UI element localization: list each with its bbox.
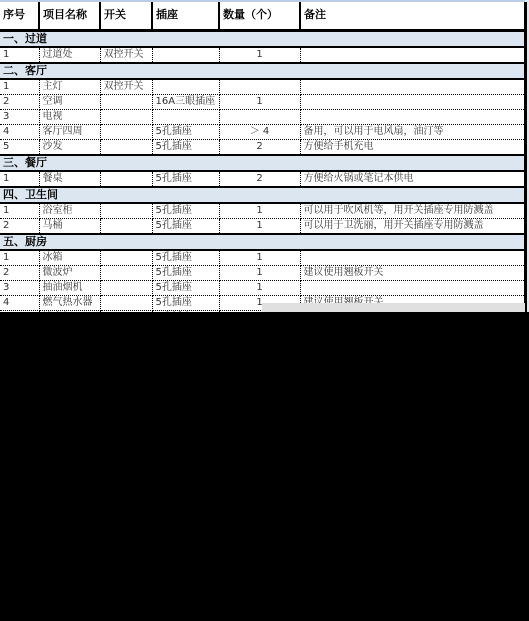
- cell-note[interactable]: [300, 109, 525, 124]
- cell-socket-type[interactable]: 5孔插座: [152, 171, 219, 187]
- cell-row-number[interactable]: 5: [0, 310, 39, 312]
- table-row: 1冰箱5孔插座1: [0, 250, 525, 266]
- cell-switch-type[interactable]: 双控开关: [100, 79, 152, 95]
- cell-note[interactable]: 方便给手机充电: [300, 139, 525, 155]
- cell-switch-type[interactable]: [100, 295, 152, 310]
- cell-switch-type[interactable]: [100, 171, 152, 187]
- cell-row-number[interactable]: 4: [0, 295, 39, 310]
- section-title[interactable]: 一、过道: [0, 30, 525, 47]
- cell-switch-type[interactable]: [100, 109, 152, 124]
- cell-item-name[interactable]: 抽油烟机: [39, 280, 100, 295]
- cell-socket-type[interactable]: 5孔插座: [152, 203, 219, 219]
- cell-socket-type[interactable]: 5孔插座: [152, 310, 219, 312]
- cell-note[interactable]: 可以用于卫洗丽，用开关插座专用防溅盖: [300, 218, 525, 234]
- header-switch[interactable]: 开关: [100, 2, 152, 30]
- cell-socket-type[interactable]: 5孔插座: [152, 250, 219, 266]
- cell-quantity[interactable]: 1: [219, 250, 300, 266]
- section-title[interactable]: 五、厨房: [0, 234, 525, 250]
- cell-switch-type[interactable]: [100, 280, 152, 295]
- cell-item-name[interactable]: 电视: [39, 109, 100, 124]
- cell-item-name[interactable]: 微波炉: [39, 265, 100, 280]
- cell-row-number[interactable]: 1: [0, 171, 39, 187]
- cell-item-name[interactable]: 过道处: [39, 47, 100, 63]
- header-name[interactable]: 项目名称: [39, 2, 100, 30]
- section-header-row: 三、餐厅: [0, 155, 525, 171]
- table-row: 1餐桌5孔插座2方便给火锅或笔记本供电: [0, 171, 525, 187]
- section-title[interactable]: 二、客厅: [0, 63, 525, 79]
- cell-socket-type[interactable]: 16A三眼插座: [152, 94, 219, 109]
- section-header-row: 四、卫生间: [0, 187, 525, 203]
- cell-item-name[interactable]: 马桶: [39, 218, 100, 234]
- table-row: 2马桶5孔插座1可以用于卫洗丽，用开关插座专用防溅盖: [0, 218, 525, 234]
- cell-note[interactable]: 建议使用翘板开关: [300, 265, 525, 280]
- cell-switch-type[interactable]: [100, 265, 152, 280]
- cell-row-number[interactable]: 4: [0, 124, 39, 139]
- cell-switch-type[interactable]: [100, 139, 152, 155]
- cell-row-number[interactable]: 1: [0, 47, 39, 63]
- cell-row-number[interactable]: 5: [0, 139, 39, 155]
- cell-socket-type[interactable]: 5孔插座: [152, 218, 219, 234]
- cell-item-name[interactable]: 浴室柜: [39, 203, 100, 219]
- section-header-row: 五、厨房: [0, 234, 525, 250]
- cell-switch-type[interactable]: [100, 94, 152, 109]
- table-row: 4客厅四周5孔插座＞ 4备用，可以用于电风扇，油汀等: [0, 124, 525, 139]
- cell-quantity[interactable]: 1: [219, 203, 300, 219]
- cell-quantity[interactable]: 2: [219, 171, 300, 187]
- cell-quantity[interactable]: 1: [219, 94, 300, 109]
- cell-socket-type[interactable]: 5孔插座: [152, 280, 219, 295]
- cell-note[interactable]: [300, 280, 525, 295]
- cell-switch-type[interactable]: [100, 124, 152, 139]
- cell-quantity[interactable]: 1: [219, 280, 300, 295]
- header-socket[interactable]: 插座: [152, 2, 219, 30]
- header-quantity[interactable]: 数量（个）: [219, 2, 300, 30]
- cell-row-number[interactable]: 1: [0, 250, 39, 266]
- cell-row-number[interactable]: 1: [0, 203, 39, 219]
- cell-note[interactable]: [300, 94, 525, 109]
- cell-socket-type[interactable]: 5孔插座: [152, 265, 219, 280]
- cell-quantity[interactable]: [219, 79, 300, 95]
- cell-quantity[interactable]: 2: [219, 139, 300, 155]
- cell-quantity[interactable]: 1: [219, 218, 300, 234]
- cell-item-name[interactable]: 沙发: [39, 139, 100, 155]
- cell-socket-type[interactable]: [152, 79, 219, 95]
- cell-socket-type[interactable]: [152, 109, 219, 124]
- table-row: 3抽油烟机5孔插座1: [0, 280, 525, 295]
- cell-socket-type[interactable]: 5孔插座: [152, 124, 219, 139]
- header-no[interactable]: 序号: [0, 2, 39, 30]
- cell-item-name[interactable]: 餐桌: [39, 171, 100, 187]
- cell-quantity[interactable]: ＞ 4: [219, 124, 300, 139]
- cell-note[interactable]: 可以用于吹风机等，用开关插座专用防溅盖: [300, 203, 525, 219]
- cell-row-number[interactable]: 3: [0, 109, 39, 124]
- socket-plan-table: 序号 项目名称 开关 插座 数量（个） 备注 一、过道1过道处双控开关1二、客厅…: [0, 2, 527, 312]
- table-row: 3电视: [0, 109, 525, 124]
- cell-switch-type[interactable]: 双控开关: [100, 47, 152, 63]
- table-row: 5沙发5孔插座2方便给手机充电: [0, 139, 525, 155]
- cell-item-name[interactable]: 燃气热水器: [39, 295, 100, 310]
- cell-quantity[interactable]: 1: [219, 47, 300, 63]
- section-header-row: 一、过道: [0, 30, 525, 47]
- cell-item-name[interactable]: 消毒柜: [39, 310, 100, 312]
- cell-switch-type[interactable]: [100, 310, 152, 312]
- cell-quantity[interactable]: 1: [219, 265, 300, 280]
- cell-row-number[interactable]: 3: [0, 280, 39, 295]
- cell-note[interactable]: 备用，可以用于电风扇，油汀等: [300, 124, 525, 139]
- cell-socket-type[interactable]: 5孔插座: [152, 139, 219, 155]
- table-row: 1主灯双控开关: [0, 79, 525, 95]
- cell-note[interactable]: [300, 79, 525, 95]
- cell-item-name[interactable]: 主灯: [39, 79, 100, 95]
- table-row: 1过道处双控开关1: [0, 47, 525, 63]
- cell-note[interactable]: 方便给火锅或笔记本供电: [300, 171, 525, 187]
- cell-switch-type[interactable]: [100, 218, 152, 234]
- cell-socket-type[interactable]: 5孔插座: [152, 295, 219, 310]
- cell-row-number[interactable]: 1: [0, 79, 39, 95]
- cell-item-name[interactable]: 冰箱: [39, 250, 100, 266]
- table-row: 1浴室柜5孔插座1可以用于吹风机等，用开关插座专用防溅盖: [0, 203, 525, 219]
- cell-item-name[interactable]: 空调: [39, 94, 100, 109]
- cell-item-name[interactable]: 客厅四周: [39, 124, 100, 139]
- section-title[interactable]: 四、卫生间: [0, 187, 525, 203]
- header-note[interactable]: 备注: [300, 2, 525, 30]
- section-header-row: 二、客厅: [0, 63, 525, 79]
- cell-switch-type[interactable]: [100, 250, 152, 266]
- section-title[interactable]: 三、餐厅: [0, 155, 525, 171]
- cell-note[interactable]: [300, 250, 525, 266]
- spreadsheet-view: 序号 项目名称 开关 插座 数量（个） 备注 一、过道1过道处双控开关1二、客厅…: [0, 0, 529, 312]
- table-row: 2空调16A三眼插座1: [0, 94, 525, 109]
- cell-switch-type[interactable]: [100, 203, 152, 219]
- cell-row-number[interactable]: 2: [0, 265, 39, 280]
- header-row: 序号 项目名称 开关 插座 数量（个） 备注: [0, 2, 525, 30]
- table-row: 2微波炉5孔插座1建议使用翘板开关: [0, 265, 525, 280]
- status-area: [262, 303, 525, 312]
- cell-row-number[interactable]: 2: [0, 218, 39, 234]
- cell-row-number[interactable]: 2: [0, 94, 39, 109]
- cell-quantity[interactable]: [219, 109, 300, 124]
- cell-note[interactable]: [300, 47, 525, 63]
- cell-socket-type[interactable]: [152, 47, 219, 63]
